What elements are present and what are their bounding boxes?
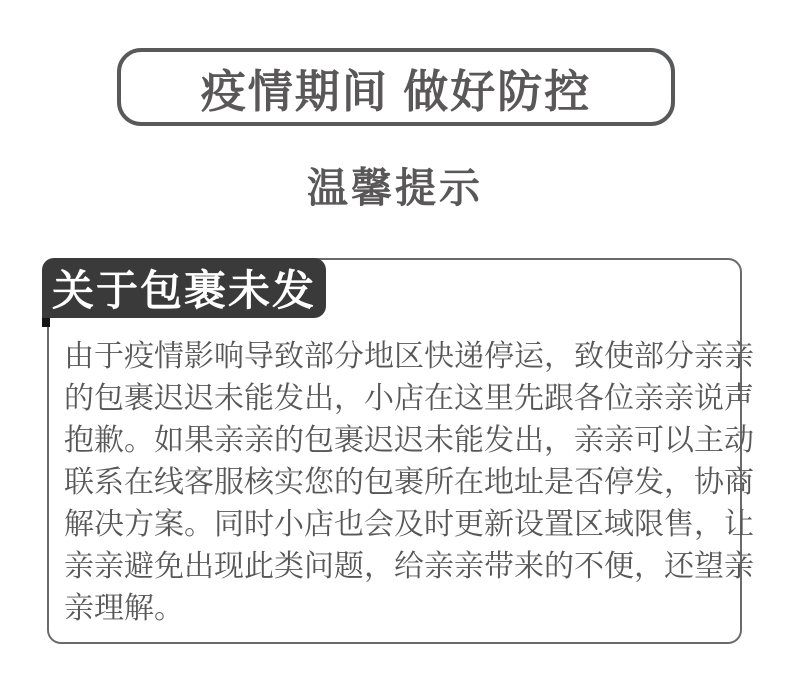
- ribbon-fold: [42, 318, 50, 327]
- banner-title: 疫情期间 做好防控: [201, 55, 592, 120]
- notice-body-line: 亲亲避免出现此类问题，给亲亲带来的不便，还望亲: [64, 546, 734, 588]
- notice-body: 由于疫情影响导致部分地区快递停运，致使部分亲亲 的包裹迟迟未能发出，小店在这里先…: [64, 336, 734, 630]
- notice-body-line: 的包裹迟迟未能发出，小店在这里先跟各位亲亲说声: [64, 378, 734, 420]
- notice-card-header-title: 关于包裹未发: [52, 258, 316, 318]
- notice-body-line: 联系在线客服核实您的包裹所在地址是否停发，协商: [64, 462, 734, 504]
- notice-body-line: 解决方案。同时小店也会及时更新设置区域限售，让: [64, 504, 734, 546]
- notice-body-line: 亲理解。: [64, 588, 734, 630]
- banner-box: 疫情期间 做好防控: [117, 48, 675, 126]
- notice-body-line: 抱歉。如果亲亲的包裹迟迟未能发出，亲亲可以主动: [64, 420, 734, 462]
- notice-card-header: 关于包裹未发: [42, 258, 326, 318]
- notice-body-line: 由于疫情影响导致部分地区快递停运，致使部分亲亲: [64, 336, 734, 378]
- subtitle: 温馨提示: [0, 155, 790, 214]
- notice-page: 疫情期间 做好防控 温馨提示 关于包裹未发 由于疫情影响导致部分地区快递停运，致…: [0, 0, 790, 683]
